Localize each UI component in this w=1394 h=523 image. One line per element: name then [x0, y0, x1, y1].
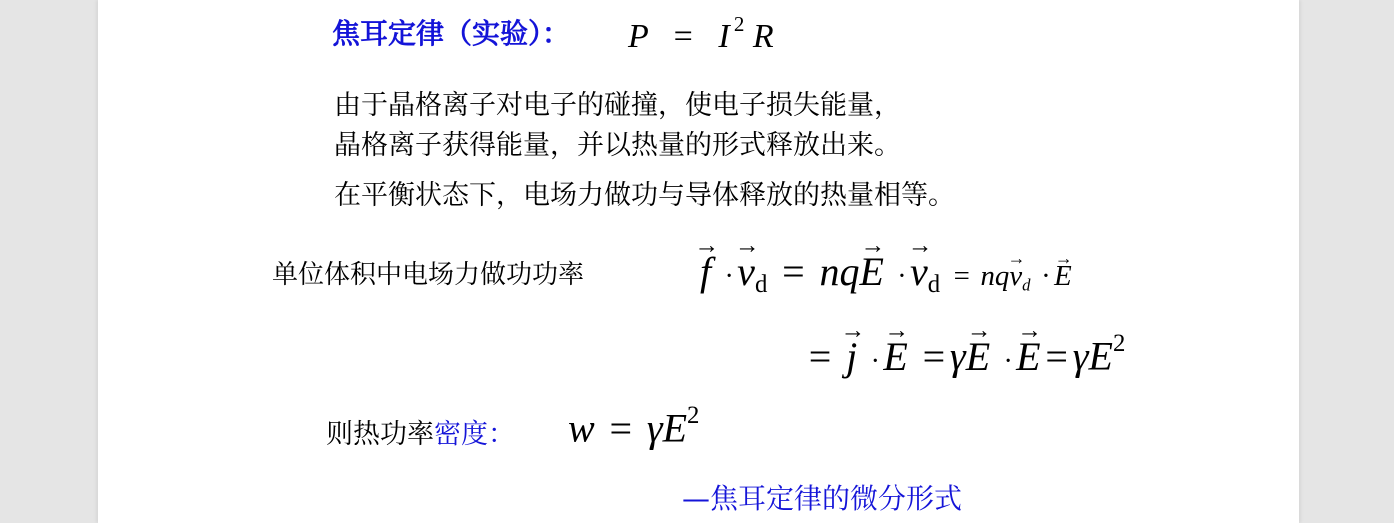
- formula-R: R: [753, 18, 774, 55]
- vector-v: v: [910, 248, 928, 295]
- paragraph-line: 晶格离子获得能量，并以热量的形式释放出来。: [334, 126, 901, 166]
- formula-equals: =: [657, 18, 710, 55]
- paragraph-collision: 由于晶格离子对电子的碰撞，使电子损失能量， 晶格离子获得能量，并以热量的形式释放…: [334, 86, 901, 166]
- vector-v: v: [1009, 260, 1022, 293]
- exponent-2: 2: [687, 402, 699, 429]
- equals: =: [918, 334, 950, 379]
- power-density-formula-line2: = j ·E =γE ·E=γE2: [804, 330, 1125, 380]
- conclusion-text: —焦耳定律的微分形式: [682, 477, 962, 517]
- equals: =: [605, 406, 637, 451]
- title-label: 焦耳定律（实验）：: [332, 12, 570, 52]
- gamma: γ: [950, 334, 966, 379]
- equals: =: [950, 260, 973, 292]
- heat-density-label-blue: 密度：: [434, 419, 515, 450]
- vector-v: v: [737, 248, 755, 295]
- vector-j: j: [846, 333, 857, 380]
- E: E: [663, 406, 687, 451]
- w: w: [568, 406, 595, 451]
- subscript-d: d: [1022, 275, 1030, 294]
- paragraph-line: 由于晶格离子对电子的碰撞，使电子损失能量，: [334, 86, 901, 126]
- vector-E: E: [860, 248, 884, 295]
- equals: =: [777, 249, 809, 294]
- dot-operator: ·: [1038, 260, 1055, 292]
- document-page: 焦耳定律（实验）： P = I2 R 由于晶格离子对电子的碰撞，使电子损失能量，…: [98, 0, 1299, 523]
- equals: =: [1041, 334, 1073, 379]
- equals: =: [804, 334, 836, 379]
- formula-I: I: [718, 18, 729, 55]
- heat-density-label: 则热功率密度：: [326, 412, 515, 451]
- power-density-formula-line1: f ·vd = nqE ·vd = nqvd ·E: [700, 248, 1072, 299]
- dot-operator: ·: [894, 261, 910, 292]
- heat-density-label-black: 则热功率: [326, 419, 434, 450]
- heat-density-formula: w = γE2: [568, 402, 699, 452]
- dot-operator: ·: [867, 346, 883, 377]
- gamma: γ: [1073, 334, 1089, 379]
- vector-f: f: [700, 248, 711, 295]
- paragraph-equilibrium: 在平衡状态下，电场力做功与导体释放的热量相等。: [334, 176, 955, 216]
- vector-E: E: [883, 333, 907, 380]
- gamma: γ: [647, 406, 663, 451]
- formula-P: P: [628, 18, 648, 55]
- vector-E: E: [1016, 333, 1040, 380]
- title-formula: P = I2 R: [628, 12, 774, 56]
- vector-E: E: [1054, 260, 1072, 293]
- exponent-2: 2: [1113, 330, 1125, 357]
- nq: nq: [981, 260, 1010, 292]
- formula-exponent: 2: [730, 12, 745, 36]
- subscript-d: d: [755, 271, 767, 298]
- dot-operator: ·: [1000, 346, 1016, 377]
- subscript-d: d: [928, 271, 940, 298]
- power-density-label: 单位体积中电场力做功功率: [272, 254, 584, 291]
- E: E: [1089, 334, 1113, 379]
- vector-E: E: [966, 333, 990, 380]
- dot-operator: ·: [721, 261, 737, 292]
- nq: nq: [820, 249, 860, 294]
